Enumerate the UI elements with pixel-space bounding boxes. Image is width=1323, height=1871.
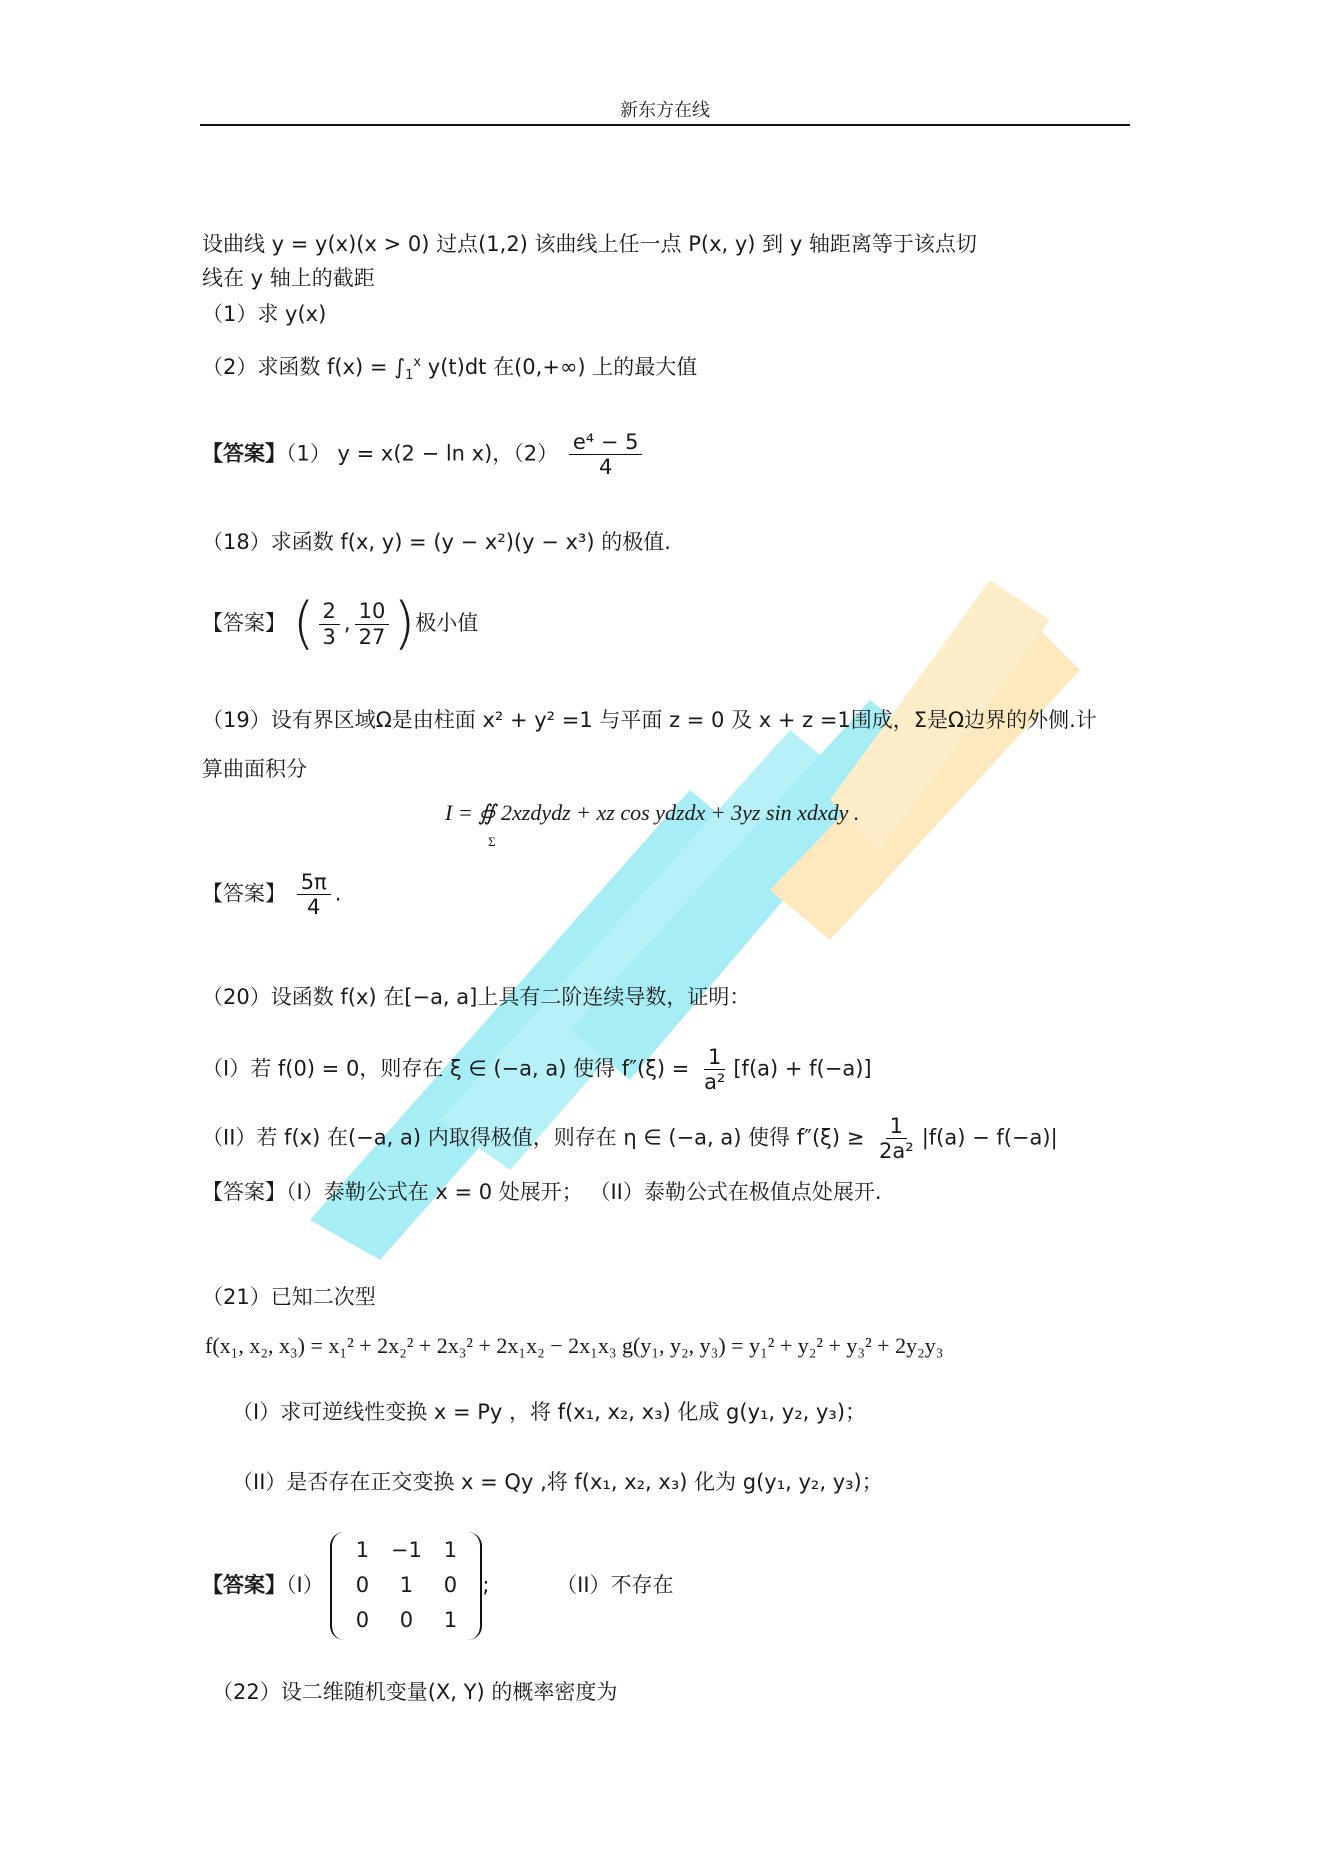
matrix-cell: 0 [340, 1608, 384, 1633]
q19-stem-line2: 算曲面积分 [202, 757, 307, 782]
answer-matrix: 1 −1 1 0 1 0 0 0 1 [330, 1532, 482, 1640]
q17-stem-line1: 设曲线 y = y(x)(x > 0) 过点(1,2) 该曲线上任一点 P(x,… [202, 232, 977, 257]
answer-label: 【答案】 [202, 611, 286, 635]
left-paren: ( [293, 591, 315, 656]
matrix-cell: 0 [340, 1573, 384, 1598]
numerator: 1 [886, 1114, 907, 1139]
numerator: 10 [355, 599, 390, 624]
answer-label: 【答案】 [202, 442, 286, 466]
q17-part2-suffix: y(t)dt 在(0,+∞) 上的最大值 [421, 355, 697, 379]
q18-answer: 【答案】 (23,1027)极小值 [202, 596, 478, 652]
q21-formula: f(x₁, x₂, x₃) = x₁² + 2x₂² + 2x₃² + 2x₁x… [205, 1333, 943, 1359]
denominator: 4 [595, 455, 616, 479]
q17-answer-part1: （1） y = x(2 − ln x)，（2） [286, 442, 558, 466]
period: . [335, 882, 342, 906]
q20-part1-fraction: 1a² [700, 1045, 729, 1094]
q19-answer-fraction: 5π4 [297, 870, 331, 919]
q17-answer: 【答案】（1） y = x(2 − ln x)，（2） e⁴ − 54 [202, 430, 646, 479]
q21-answer: 【答案】（I） 1 −1 1 0 1 0 0 0 1 ; （II）不存在 [202, 1532, 674, 1640]
answer-label: 【答案】 [202, 882, 286, 906]
q20-answer: 【答案】（I）泰勒公式在 x = 0 处展开； （II）泰勒公式在极值点处展开. [202, 1180, 882, 1205]
matrix-cell: 1 [428, 1608, 472, 1633]
right-paren: ) [393, 591, 415, 656]
answer-label: 【答案】 [202, 1180, 286, 1204]
q20-stem: （20）设函数 f(x) 在[−a, a]上具有二阶连续导数，证明： [202, 985, 750, 1010]
q20-part2-fraction: 12a² [875, 1114, 918, 1163]
q20-part2-prefix: （II）若 f(x) 在(−a, a) 内取得极值，则存在 η ∈ (−a, a… [202, 1126, 864, 1150]
numerator: 2 [319, 599, 340, 624]
matrix-cell: 1 [340, 1538, 384, 1563]
matrix-cell: 0 [428, 1573, 472, 1598]
numerator: e⁴ − 5 [569, 430, 643, 455]
answer-label: 【答案】 [202, 1573, 286, 1597]
denominator: 3 [319, 625, 340, 649]
q21-stem: （21）已知二次型 [202, 1285, 376, 1310]
q21-answer-part2: （II）不存在 [556, 1573, 673, 1597]
matrix-cell: −1 [384, 1538, 428, 1563]
q17-answer-fraction: e⁴ − 54 [569, 430, 643, 479]
matrix-cell: 0 [384, 1608, 428, 1633]
q21-answer-part1-label: （I） [286, 1573, 324, 1597]
page-header: 新东方在线 [200, 96, 1130, 122]
matrix-cell: 1 [384, 1573, 428, 1598]
q18-frac2: 1027 [355, 599, 390, 648]
denominator: 27 [355, 625, 390, 649]
q20-part1-suffix: [f(a) + f(−a)] [733, 1057, 871, 1081]
q17-stem-line2: 线在 y 轴上的截距 [202, 266, 375, 291]
q20-part1: （I）若 f(0) = 0，则存在 ξ ∈ (−a, a) 使得 f″(ξ) =… [202, 1045, 872, 1094]
q20-answer-text: （I）泰勒公式在 x = 0 处展开； （II）泰勒公式在极值点处展开. [286, 1180, 882, 1204]
q19-answer: 【答案】 5π4. [202, 870, 341, 919]
matrix-cell: 1 [428, 1538, 472, 1563]
denominator: 2a² [875, 1139, 918, 1163]
q18-answer-suffix: 极小值 [415, 611, 478, 635]
denominator: a² [700, 1070, 729, 1094]
integral-upper: x [413, 355, 421, 370]
integral-subscript: Σ [488, 834, 496, 850]
q19-integral: I = ∯ 2xzdydz + xz cos ydzdx + 3yz sin x… [445, 800, 859, 826]
header-rule [200, 124, 1130, 126]
q21-part2: （II）是否存在正交变换 x = Qy ,将 f(x₁, x₂, x₃) 化为 … [232, 1470, 883, 1495]
q18-frac1: 23 [319, 599, 340, 648]
q17-part2: （2）求函数 f(x) = ∫1x y(t)dt 在(0,+∞) 上的最大值 [202, 355, 697, 384]
q20-part2-suffix: |f(a) − f(−a)| [922, 1126, 1058, 1150]
integral-lower: 1 [405, 368, 413, 383]
denominator: 4 [303, 895, 324, 919]
q21-part1: （I）求可逆线性变换 x = Py ，将 f(x₁, x₂, x₃) 化成 g(… [232, 1400, 866, 1425]
q22-stem: （22）设二维随机变量(X, Y) 的概率密度为 [212, 1680, 617, 1705]
q17-part2-prefix: （2）求函数 f(x) = ∫ [202, 355, 405, 379]
semicolon: ; [482, 1573, 489, 1597]
q19-stem-line1: （19）设有界区域Ω是由柱面 x² + y² =1 与平面 z = 0 及 x … [202, 708, 1097, 733]
q20-part1-prefix: （I）若 f(0) = 0，则存在 ξ ∈ (−a, a) 使得 f″(ξ) = [202, 1057, 689, 1081]
numerator: 5π [297, 870, 331, 895]
q18-stem: （18）求函数 f(x, y) = (y − x²)(y − x³) 的极值. [202, 530, 671, 555]
q17-part1: （1）求 y(x) [202, 302, 326, 327]
integral-expression: I = ∯ 2xzdydz + xz cos ydzdx + 3yz sin x… [445, 800, 859, 825]
q20-part2: （II）若 f(x) 在(−a, a) 内取得极值，则存在 η ∈ (−a, a… [202, 1114, 1058, 1163]
numerator: 1 [704, 1045, 725, 1070]
